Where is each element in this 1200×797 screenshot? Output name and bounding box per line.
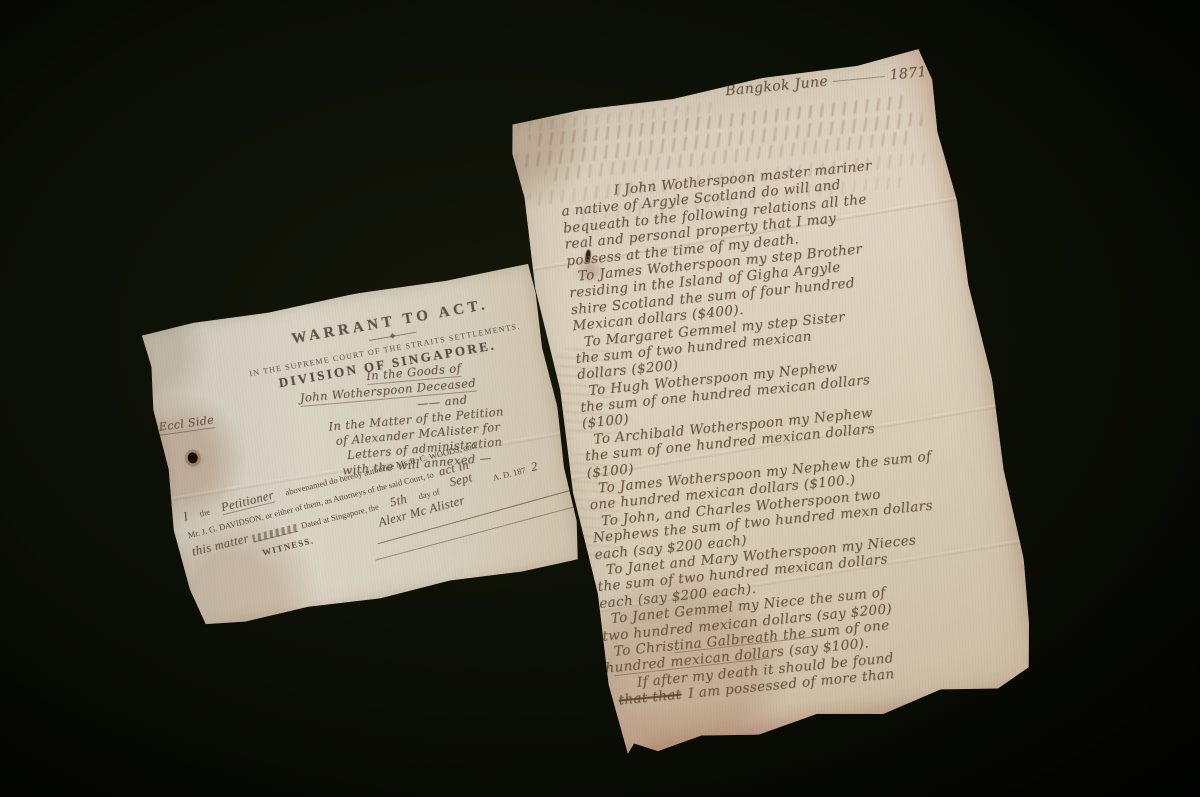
- punch-hole: [187, 452, 199, 465]
- dateline: Bangkok June1871: [725, 64, 928, 99]
- warrant-document: WARRANT TO ACT. IN THE SUPREME COURT OF …: [138, 263, 585, 633]
- will-document: Bangkok June1871 I John Wotherspoon mast…: [505, 46, 1046, 762]
- print-text: the: [198, 507, 211, 519]
- print-text: A. D. 187: [492, 465, 527, 483]
- dateline-place: Bangkok June: [725, 73, 829, 99]
- photo-stage: Bangkok June1871 I John Wotherspoon mast…: [0, 0, 1200, 797]
- margin-note: Eccl Side: [158, 413, 215, 436]
- dateline-year: 1871: [889, 64, 928, 83]
- dateline-rule: [833, 76, 885, 82]
- hand-year-digit: 2: [529, 459, 539, 474]
- will-body-text: I John Wotherspoon master mariner a nati…: [555, 151, 995, 711]
- hand-initial: I: [182, 509, 190, 524]
